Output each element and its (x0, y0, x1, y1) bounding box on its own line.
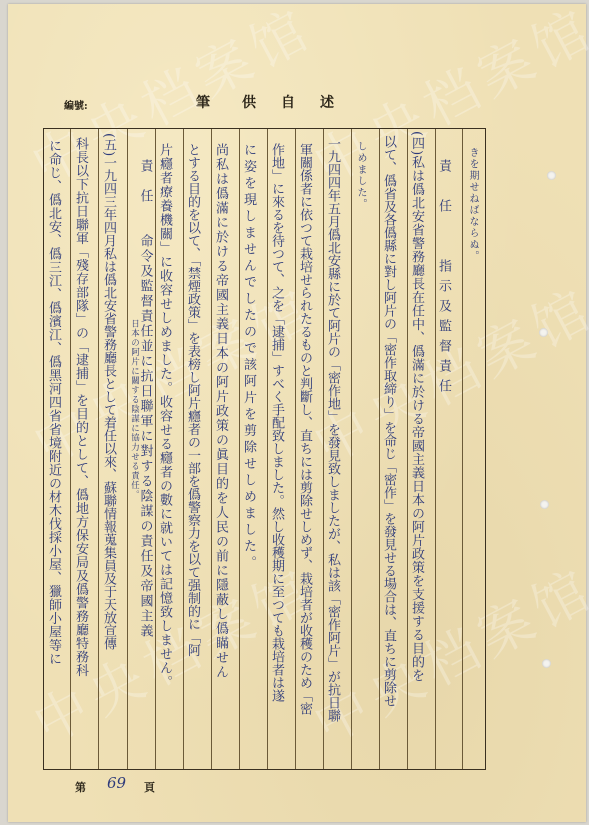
text-column-13: 責 任 命令及監督責任並に抗日聯軍に對する陰謀の責任及帝國主義 日本の阿片に關す… (130, 159, 152, 763)
page-number: 69 (107, 774, 126, 792)
text-column-6: 一九四四年五月僞北安縣に於て阿片の「密作地」を發見致しましたが、私は該「密作阿片… (326, 137, 339, 763)
text-column-2: 責 任 指示及監督責任 (437, 159, 450, 763)
punch-hole (539, 328, 548, 337)
title-char-2: 供 (242, 92, 256, 112)
text-column-4: 以て、僞省及各僞縣に對し阿片の「密作取締り」を命じ「密作」を發見せる場合は、直ち… (382, 135, 395, 763)
text-column-11: とする目的を以て、「禁煙政策」を表榜し阿片癮者の一部を僞警察力を以て强制的に「阿 (186, 143, 199, 763)
punch-hole (540, 500, 549, 509)
text-column-10: 尚私は僞滿に於ける帝國主義日本の阿片政策の眞目的を人民の前に隱蔽し僞瞞せん (214, 143, 227, 763)
punch-hole (542, 659, 551, 668)
title-char-3: 自 (281, 92, 295, 112)
text-column-9: に姿を現しませんでしたので該阿片を剪除せしめました。 (242, 143, 255, 763)
text-column-8: 作地」に來るを待つて、之を「逮捕」すべく手配致しました。然し收穫期に至つても栽培… (270, 143, 283, 763)
document-number-label: 編號: (64, 97, 88, 112)
text-column-12: 片癮者療養機關」に收容せしめました。收容せる癮者の數に就いては記憶致しません。 (158, 143, 171, 763)
text-column-1: きを期せねばならぬ。 (467, 147, 477, 763)
text-column-3: (四)私は僞北安省警務廳長在任中、僞滿に於ける帝國主義日本の阿片政策を支援する目… (410, 131, 423, 763)
text-column-5: しめました。 (355, 141, 365, 763)
page-prefix: 第 (75, 779, 86, 795)
title-char-1: 筆 (196, 92, 210, 112)
page-suffix: 頁 (144, 779, 155, 795)
responsibility-main-text: 責 任 命令及監督責任並に抗日聯軍に對する陰謀の責任及帝國主義 (139, 159, 152, 763)
text-column-14: (五)一九四三年四月私は僞北安省警務廳長として着任以來、蘇聯情報蒐集員及于天放宣… (102, 133, 115, 763)
text-column-16: に命じ、僞北安、僞三江、僞濱江、僞黑河四省省境附近の材木伐採小屋、獵師小屋等に (47, 139, 60, 763)
text-column-15: 科長以下抗日聯軍「殘存部隊」の「逮捕」を目的として、僞地方保安局及僞警務廳特務科 (74, 137, 87, 763)
title-char-4: 述 (320, 92, 334, 112)
text-column-7: 軍關係者に依つて栽培せられたるものと判斷し、直ちには剪除せしめず、栽培者が收穫の… (298, 143, 311, 763)
manuscript-grid: きを期せねばならぬ。 責 任 指示及監督責任 (四)私は僞北安省警務廳長在任中、… (43, 128, 486, 770)
punch-hole (547, 171, 556, 180)
